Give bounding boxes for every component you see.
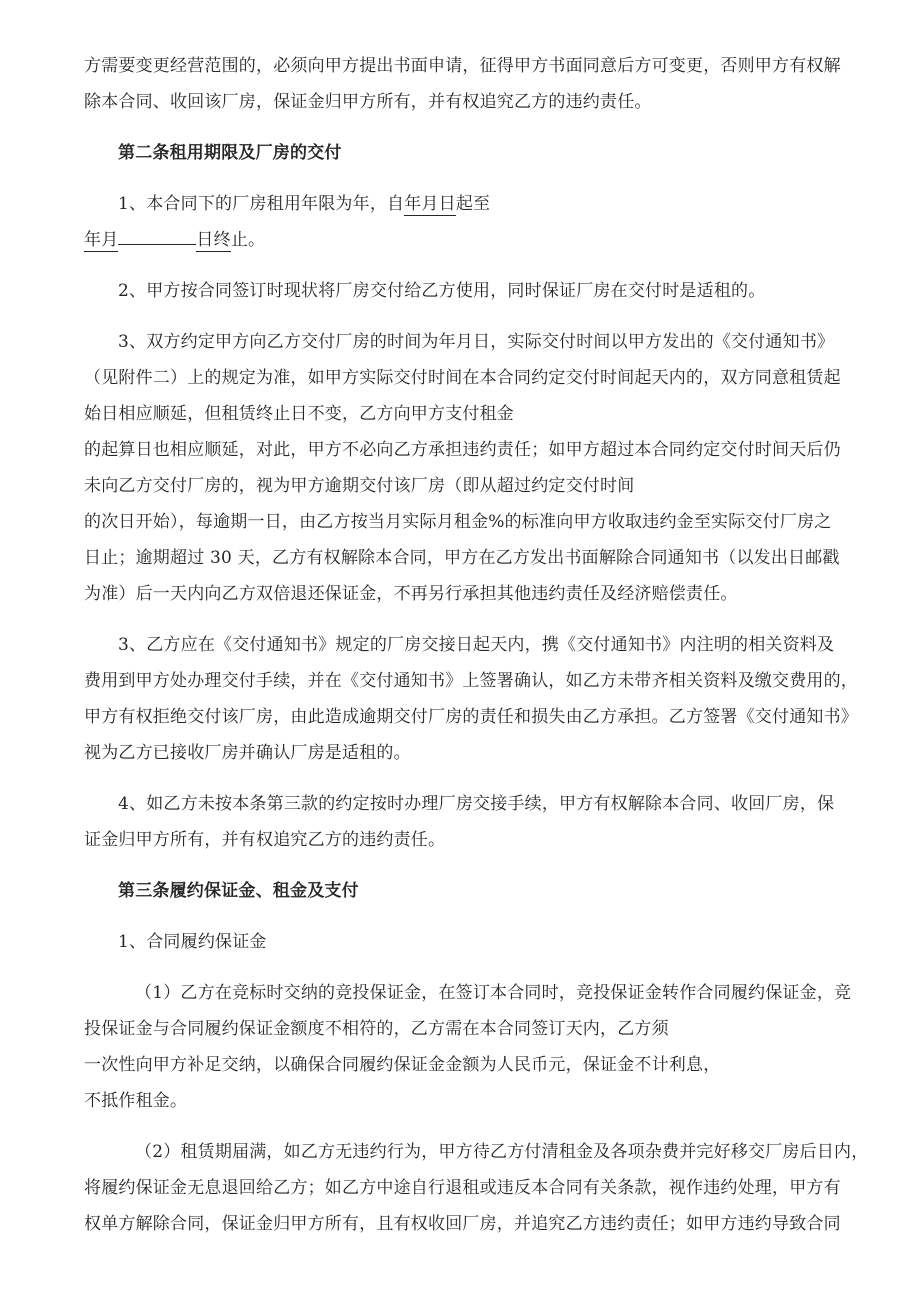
text-segment: 起至 — [456, 194, 490, 214]
text-line: 未向乙方交付厂房的，视为甲方逾期交付该厂房（即从超过约定交付时间 — [84, 468, 836, 504]
text-line: 年月日终止。 — [84, 222, 836, 258]
paragraph: 2、甲方按合同签订时现状将厂房交付给乙方使用，同时保证厂房在交付时是适租的。 — [84, 273, 836, 309]
text-segment: 方需要变更经营范围的，必须向甲方提出书面申请，征得甲方书面同意后方可变更，否则甲… — [84, 56, 841, 76]
text-segment: 一次性向甲方补足交纳，以确保合同履约保证金金额为人民币元，保证金不计利息， — [84, 1055, 720, 1075]
text-segment: 为准）后一天内向乙方双倍退还保证金，不再另行承担其他违约责任及经济赔偿责任。 — [84, 584, 738, 604]
text-line: 甲方有权拒绝交付该厂房，由此造成逾期交付厂房的责任和损失由乙方承担。乙方签署《交… — [84, 699, 836, 735]
paragraph: 4、如乙方未按本条第三款的约定按时办理厂房交接手续，甲方有权解除本合同、收回厂房… — [84, 786, 836, 858]
text-segment: （见附件二）上的规定为准，如甲方实际交付时间在本合同约定交付时间起天内的，双方同… — [84, 368, 841, 388]
text-segment: 3、乙方应在《交付通知书》规定的厂房交接日起天内，携《交付通知书》内注明的相关资… — [118, 635, 834, 655]
text-line: 投保证金与合同履约保证金额度不相符的，乙方需在本合同签订天内，乙方须 — [84, 1011, 836, 1047]
text-line: 日止；逾期超过 30 天，乙方有权解除本合同，甲方在乙方发出书面解除合同通知书（… — [84, 540, 836, 576]
text-line: 3、乙方应在《交付通知书》规定的厂房交接日起天内，携《交付通知书》内注明的相关资… — [84, 627, 836, 663]
text-segment: 投保证金与合同履约保证金额度不相符的，乙方需在本合同签订天内，乙方须 — [84, 1019, 669, 1039]
text-segment: （1）乙方在竞标时交纳的竞投保证金，在签订本合同时，竞投保证金转作合同履约保证金… — [135, 983, 851, 1003]
text-line: 方需要变更经营范围的，必须向甲方提出书面申请，征得甲方书面同意后方可变更，否则甲… — [84, 48, 836, 84]
text-line: （2）租赁期届满，如乙方无违约行为，甲方待乙方付清租金及各项杂费并完好移交厂房后… — [84, 1134, 836, 1170]
text-segment: 权单方解除合同，保证金归甲方所有，且有权收回厂房，并追究乙方违约责任；如甲方违约… — [84, 1214, 841, 1234]
text-segment: 第二条租用期限及厂房的交付 — [118, 143, 342, 163]
paragraph: 1、合同履约保证金 — [84, 924, 836, 960]
text-segment: 1、合同履约保证金 — [118, 932, 267, 952]
text-line: 1、合同履约保证金 — [84, 924, 836, 960]
text-line: 第三条履约保证金、租金及支付 — [84, 873, 836, 909]
text-segment: 日止；逾期超过 30 天，乙方有权解除本合同，甲方在乙方发出书面解除合同通知书（… — [84, 548, 840, 568]
text-line: 为准）后一天内向乙方双倍退还保证金，不再另行承担其他违约责任及经济赔偿责任。 — [84, 576, 836, 612]
document-body: 方需要变更经营范围的，必须向甲方提出书面申请，征得甲方书面同意后方可变更，否则甲… — [84, 48, 836, 1242]
text-segment: 除本合同、收回该厂房，保证金归甲方所有，并有权追究乙方的违约责任。 — [84, 92, 652, 112]
text-line: 3、双方约定甲方向乙方交付厂房的时间为年月日，实际交付时间以甲方发出的《交付通知… — [84, 324, 836, 360]
text-line: 2、甲方按合同签订时现状将厂房交付给乙方使用，同时保证厂房在交付时是适租的。 — [84, 273, 836, 309]
text-line: （1）乙方在竞标时交纳的竞投保证金，在签订本合同时，竞投保证金转作合同履约保证金… — [84, 975, 836, 1011]
paragraph: 方需要变更经营范围的，必须向甲方提出书面申请，征得甲方书面同意后方可变更，否则甲… — [84, 48, 836, 120]
text-segment: （2）租赁期届满，如乙方无违约行为，甲方待乙方付清租金及各项杂费并完好移交厂房后… — [135, 1142, 868, 1162]
text-line: 4、如乙方未按本条第三款的约定按时办理厂房交接手续，甲方有权解除本合同、收回厂房… — [84, 786, 836, 822]
text-segment: 日终 — [196, 230, 230, 252]
text-segment: 止。 — [231, 230, 265, 250]
text-line: 视为乙方已接收厂房并确认厂房是适租的。 — [84, 735, 836, 771]
section-heading: 第二条租用期限及厂房的交付 — [84, 135, 836, 171]
text-segment: 的次日开始），每逾期一日，由乙方按当月实际月租金%的标准向甲方收取违约金至实际交… — [84, 512, 831, 532]
text-segment: 的起算日也相应顺延，对此，甲方不必向乙方承担违约责任；如甲方超过本合同约定交付时… — [84, 440, 841, 460]
text-segment: 费用到甲方处办理交付手续，并在《交付通知书》上签署确认，如乙方未带齐相关资料及缴… — [84, 671, 858, 691]
text-segment: 4、如乙方未按本条第三款的约定按时办理厂房交接手续，甲方有权解除本合同、收回厂房… — [118, 794, 834, 814]
text-line: 一次性向甲方补足交纳，以确保合同履约保证金金额为人民币元，保证金不计利息， — [84, 1047, 836, 1083]
text-segment: 第三条履约保证金、租金及支付 — [118, 881, 359, 901]
text-segment: 将履约保证金无息退回给乙方；如乙方中途自行退租或违反本合同有关条款，视作违约处理… — [84, 1178, 841, 1198]
blank-underline — [118, 226, 196, 245]
text-segment: 2、甲方按合同签订时现状将厂房交付给乙方使用，同时保证厂房在交付时是适租的。 — [118, 281, 765, 301]
paragraph: 3、双方约定甲方向乙方交付厂房的时间为年月日，实际交付时间以甲方发出的《交付通知… — [84, 324, 836, 612]
section-heading: 第三条履约保证金、租金及支付 — [84, 873, 836, 909]
text-segment: 年月日 — [404, 194, 456, 216]
text-segment: 年月 — [84, 230, 118, 252]
text-line: 将履约保证金无息退回给乙方；如乙方中途自行退租或违反本合同有关条款，视作违约处理… — [84, 1170, 836, 1206]
text-line: （见附件二）上的规定为准，如甲方实际交付时间在本合同约定交付时间起天内的，双方同… — [84, 360, 836, 396]
text-line: 证金归甲方所有，并有权追究乙方的违约责任。 — [84, 822, 836, 858]
paragraph: （2）租赁期届满，如乙方无违约行为，甲方待乙方付清租金及各项杂费并完好移交厂房后… — [84, 1134, 836, 1242]
text-segment: 3、双方约定甲方向乙方交付厂房的时间为年月日，实际交付时间以甲方发出的《交付通知… — [118, 332, 834, 352]
text-line: 除本合同、收回该厂房，保证金归甲方所有，并有权追究乙方的违约责任。 — [84, 84, 836, 120]
paragraph: （1）乙方在竞标时交纳的竞投保证金，在签订本合同时，竞投保证金转作合同履约保证金… — [84, 975, 836, 1119]
text-segment: 甲方有权拒绝交付该厂房，由此造成逾期交付厂房的责任和损失由乙方承担。乙方签署《交… — [84, 707, 858, 727]
text-line: 的次日开始），每逾期一日，由乙方按当月实际月租金%的标准向甲方收取违约金至实际交… — [84, 504, 836, 540]
paragraph: 1、本合同下的厂房租用年限为年，自年月日起至年月日终止。 — [84, 186, 836, 258]
text-segment: 证金归甲方所有，并有权追究乙方的违约责任。 — [84, 830, 445, 850]
document-page: 方需要变更经营范围的，必须向甲方提出书面申请，征得甲方书面同意后方可变更，否则甲… — [0, 0, 920, 1301]
paragraph: 3、乙方应在《交付通知书》规定的厂房交接日起天内，携《交付通知书》内注明的相关资… — [84, 627, 836, 771]
text-line: 费用到甲方处办理交付手续，并在《交付通知书》上签署确认，如乙方未带齐相关资料及缴… — [84, 663, 836, 699]
text-segment: 1、本合同下的厂房租用年限为年，自 — [118, 194, 404, 214]
text-segment: 不抵作租金。 — [84, 1091, 187, 1111]
text-segment: 未向乙方交付厂房的，视为甲方逾期交付该厂房（即从超过约定交付时间 — [84, 476, 634, 496]
text-line: 不抵作租金。 — [84, 1083, 836, 1119]
text-line: 始日相应顺延，但租赁终止日不变，乙方向甲方支付租金 — [84, 396, 836, 432]
text-segment: 始日相应顺延，但租赁终止日不变，乙方向甲方支付租金 — [84, 404, 514, 424]
text-line: 权单方解除合同，保证金归甲方所有，且有权收回厂房，并追究乙方违约责任；如甲方违约… — [84, 1206, 836, 1242]
text-line: 的起算日也相应顺延，对此，甲方不必向乙方承担违约责任；如甲方超过本合同约定交付时… — [84, 432, 836, 468]
text-line: 第二条租用期限及厂房的交付 — [84, 135, 836, 171]
text-segment: 视为乙方已接收厂房并确认厂房是适租的。 — [84, 743, 411, 763]
text-line: 1、本合同下的厂房租用年限为年，自年月日起至 — [84, 186, 836, 222]
